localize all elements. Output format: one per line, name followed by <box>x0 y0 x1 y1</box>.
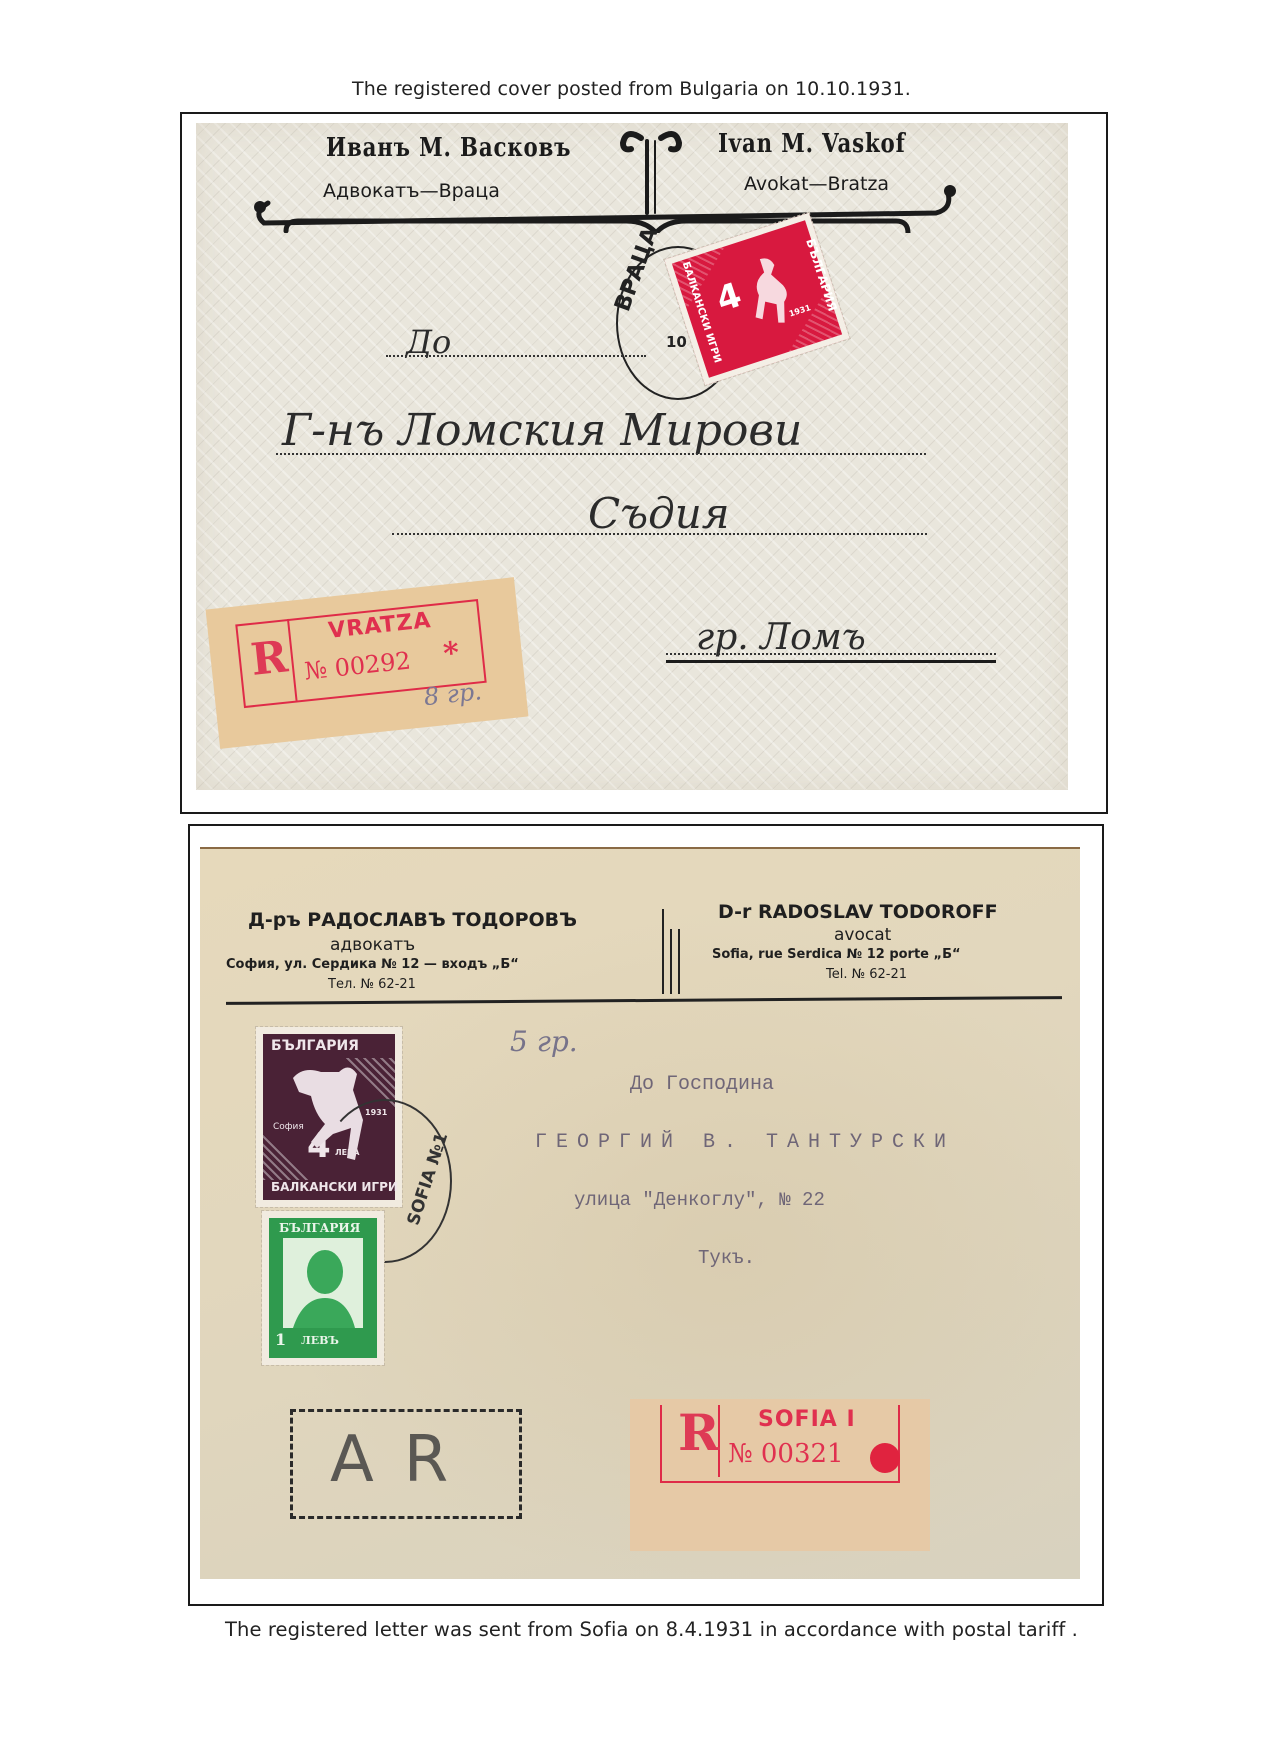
address-title: Съдия <box>588 489 730 538</box>
address-line-4: Тукъ. <box>698 1247 755 1269</box>
stamp-country: БЪЛГАРИЯ <box>279 1221 360 1235</box>
registration-number: № 00321 <box>728 1439 844 1469</box>
ar-mark-text: AR <box>330 1423 478 1497</box>
registration-letter: R <box>248 631 290 686</box>
address-line-4 <box>666 653 996 655</box>
stamp-tsar-boris-1-lev: БЪЛГАРИЯ 1 ЛЕВЪ <box>262 1211 384 1365</box>
letterhead-rule <box>226 996 1062 1005</box>
pencil-note: 8 гр. <box>422 677 483 711</box>
letterhead-title-fr: avocat <box>834 925 891 945</box>
pencil-note: 5 гр. <box>510 1025 578 1058</box>
registration-letter: R <box>678 1403 720 1462</box>
letterhead-ornament-icon <box>246 123 966 233</box>
registration-label-vratza: R VRATZA № 00292 * 8 гр. <box>206 577 529 749</box>
letterhead-name-bg: Д-ръ РАДОСЛАВЪ ТОДОРОВЪ <box>248 909 577 931</box>
horse-rider-icon <box>730 245 812 340</box>
letterhead-phone-bg: Тел. № 62-21 <box>328 977 416 992</box>
address-recipient: Г-нъ Ломския Мирови <box>282 405 802 456</box>
caption-bottom: The registered letter was sent from Sofi… <box>225 1618 1078 1641</box>
address-line-3: улица "Денкоглу", № 22 <box>574 1189 825 1211</box>
address-line-2: ГЕОРГИЙ В. ТАНТУРСКИ <box>535 1131 955 1154</box>
letterhead-address-fr: Sofia, rue Serdica № 12 porte „Б“ <box>712 947 961 962</box>
stamp-unit: ЛЕВЪ <box>301 1334 339 1347</box>
portrait-icon <box>283 1238 363 1328</box>
stamp-value: 1 <box>275 1330 286 1349</box>
registration-asterisk: * <box>442 635 461 671</box>
cover-1-envelope: Иванъ М. Васковъ Адвокатъ—Враца Ivan M. … <box>196 123 1068 790</box>
registration-seal-icon <box>870 1443 900 1473</box>
cover-2-envelope: Д-ръ РАДОСЛАВЪ ТОДОРОВЪ адвокатъ София, … <box>200 847 1080 1579</box>
stamp-country: БЪЛГАРИЯ <box>271 1038 359 1054</box>
letterhead-title-bg: адвокатъ <box>330 935 415 955</box>
address-line-3 <box>392 533 927 535</box>
address-line-1 <box>386 355 646 357</box>
address-underline <box>666 660 996 663</box>
registration-label-sofia: R SOFIA I № 00321 <box>630 1399 930 1551</box>
letterhead-divider <box>662 909 664 994</box>
address-line-2 <box>276 453 926 455</box>
caption-top: The registered cover posted from Bulgari… <box>352 78 911 100</box>
letterhead-name-fr: D-r RADOSLAV TODOROFF <box>718 901 998 923</box>
registration-office: SOFIA I <box>758 1407 856 1432</box>
address-city: гр. Ломъ <box>696 617 866 658</box>
address-line-1: До Господина <box>630 1073 774 1096</box>
letterhead-phone-fr: Tel. № 62-21 <box>826 967 907 982</box>
letterhead-address-bg: София, ул. Сердика № 12 — входъ „Б“ <box>226 957 519 972</box>
